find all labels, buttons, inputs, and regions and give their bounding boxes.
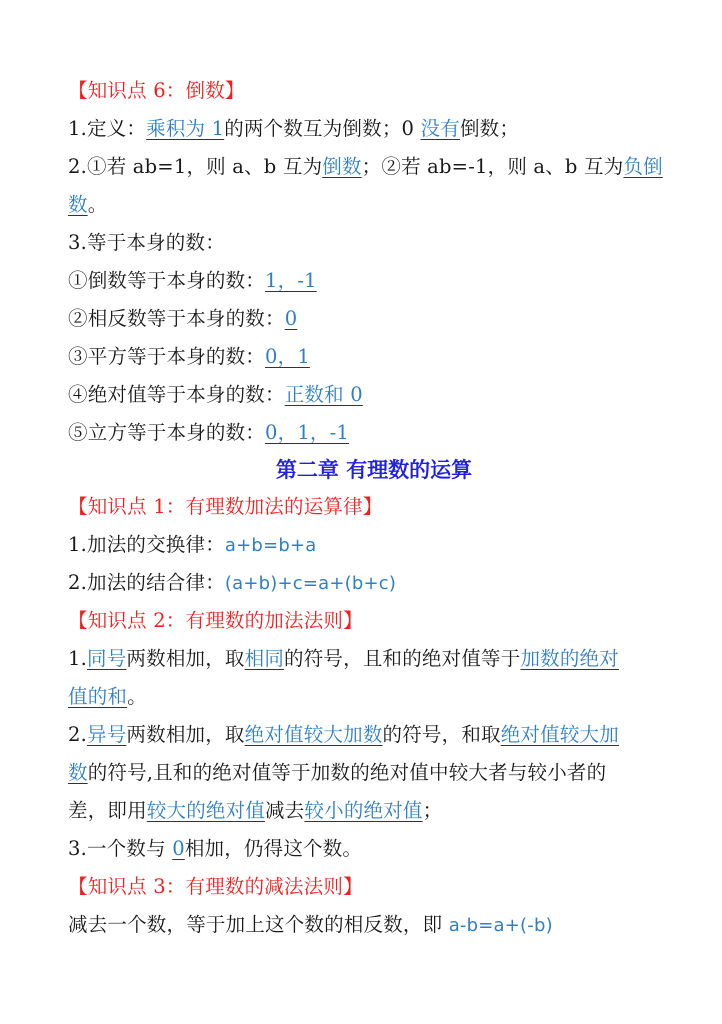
answer-blank: 同号 [87, 647, 126, 670]
diff-sign-rule-line2: 数的符号,且和的绝对值等于加数的绝对值中较大者与较小者的 [68, 754, 660, 792]
self-equal-item: ③平方等于本身的数：0，1 [68, 338, 660, 376]
reciprocal-definition: 1.定义：乘积为 1的两个数互为倒数；0 没有倒数； [68, 110, 660, 148]
answer-blank: 倒数 [322, 155, 361, 178]
knowledge-point-1-header: 【知识点 1：有理数加法的运算律】 [68, 488, 660, 526]
answer-blank: 数 [68, 761, 88, 784]
reciprocal-condition-line1: 2.①若 ab=1，则 a、b 互为倒数；②若 ab=-1，则 a、b 互为负倒 [68, 148, 660, 186]
diff-sign-rule-line1: 2.异号两数相加，取绝对值较大加数的符号，和取绝对值较大加 [68, 716, 660, 754]
self-equal-item: ②相反数等于本身的数：0 [68, 300, 660, 338]
answer-blank: 正数和 0 [285, 383, 363, 406]
answer-blank: 没有 [421, 117, 460, 140]
answer-blank: 0，1 [265, 345, 310, 368]
answer-blank: 负倒 [623, 155, 662, 178]
same-sign-rule-line1: 1.同号两数相加，取相同的符号，且和的绝对值等于加数的绝对 [68, 640, 660, 678]
answer-blank: 绝对值较大加数 [245, 723, 383, 746]
answer-blank: 0，1，-1 [265, 421, 349, 444]
answer-blank: 0 [172, 837, 185, 860]
formula: a-b=a+(-b) [449, 913, 553, 936]
reciprocal-condition-line2: 数。 [68, 186, 660, 224]
answer-blank: 乘积为 1 [146, 117, 224, 140]
answer-blank: 绝对值较大加 [501, 723, 619, 746]
answer-blank: 异号 [87, 723, 126, 746]
self-equal-item: ①倒数等于本身的数：1，-1 [68, 262, 660, 300]
answer-blank: 值的和 [68, 685, 127, 708]
knowledge-point-2-header: 【知识点 2：有理数的加法法则】 [68, 602, 660, 640]
answer-blank: 数 [68, 193, 88, 216]
self-equal-title: 3.等于本身的数： [68, 224, 660, 262]
knowledge-point-6-header: 【知识点 6：倒数】 [68, 72, 660, 110]
answer-blank: 0 [285, 307, 298, 330]
same-sign-rule-line2: 值的和。 [68, 678, 660, 716]
diff-sign-rule-line3: 差，即用较大的绝对值减去较小的绝对值； [68, 792, 660, 830]
formula: (a+b)+c=a+(b+c) [225, 571, 396, 594]
self-equal-item: ④绝对值等于本身的数：正数和 0 [68, 376, 660, 414]
commutative-law: 1.加法的交换律：a+b=b+a [68, 526, 660, 564]
formula: a+b=b+a [225, 533, 317, 556]
add-zero-rule: 3.一个数与 0相加，仍得这个数。 [68, 830, 660, 868]
associative-law: 2.加法的结合律：(a+b)+c=a+(b+c) [68, 564, 660, 602]
document-page: 【知识点 6：倒数】 1.定义：乘积为 1的两个数互为倒数；0 没有倒数； 2.… [68, 72, 660, 944]
subtraction-rule: 减去一个数，等于加上这个数的相反数，即 a-b=a+(-b) [68, 906, 660, 944]
chapter-title: 第二章 有理数的运算 [68, 452, 660, 488]
knowledge-point-3-header: 【知识点 3：有理数的减法法则】 [68, 868, 660, 906]
self-equal-item: ⑤立方等于本身的数：0，1，-1 [68, 414, 660, 452]
answer-blank: 1，-1 [265, 269, 317, 292]
answer-blank: 较大的绝对值 [147, 799, 265, 822]
answer-blank: 加数的绝对 [520, 647, 619, 670]
answer-blank: 相同 [245, 647, 284, 670]
answer-blank: 较小的绝对值 [304, 799, 422, 822]
